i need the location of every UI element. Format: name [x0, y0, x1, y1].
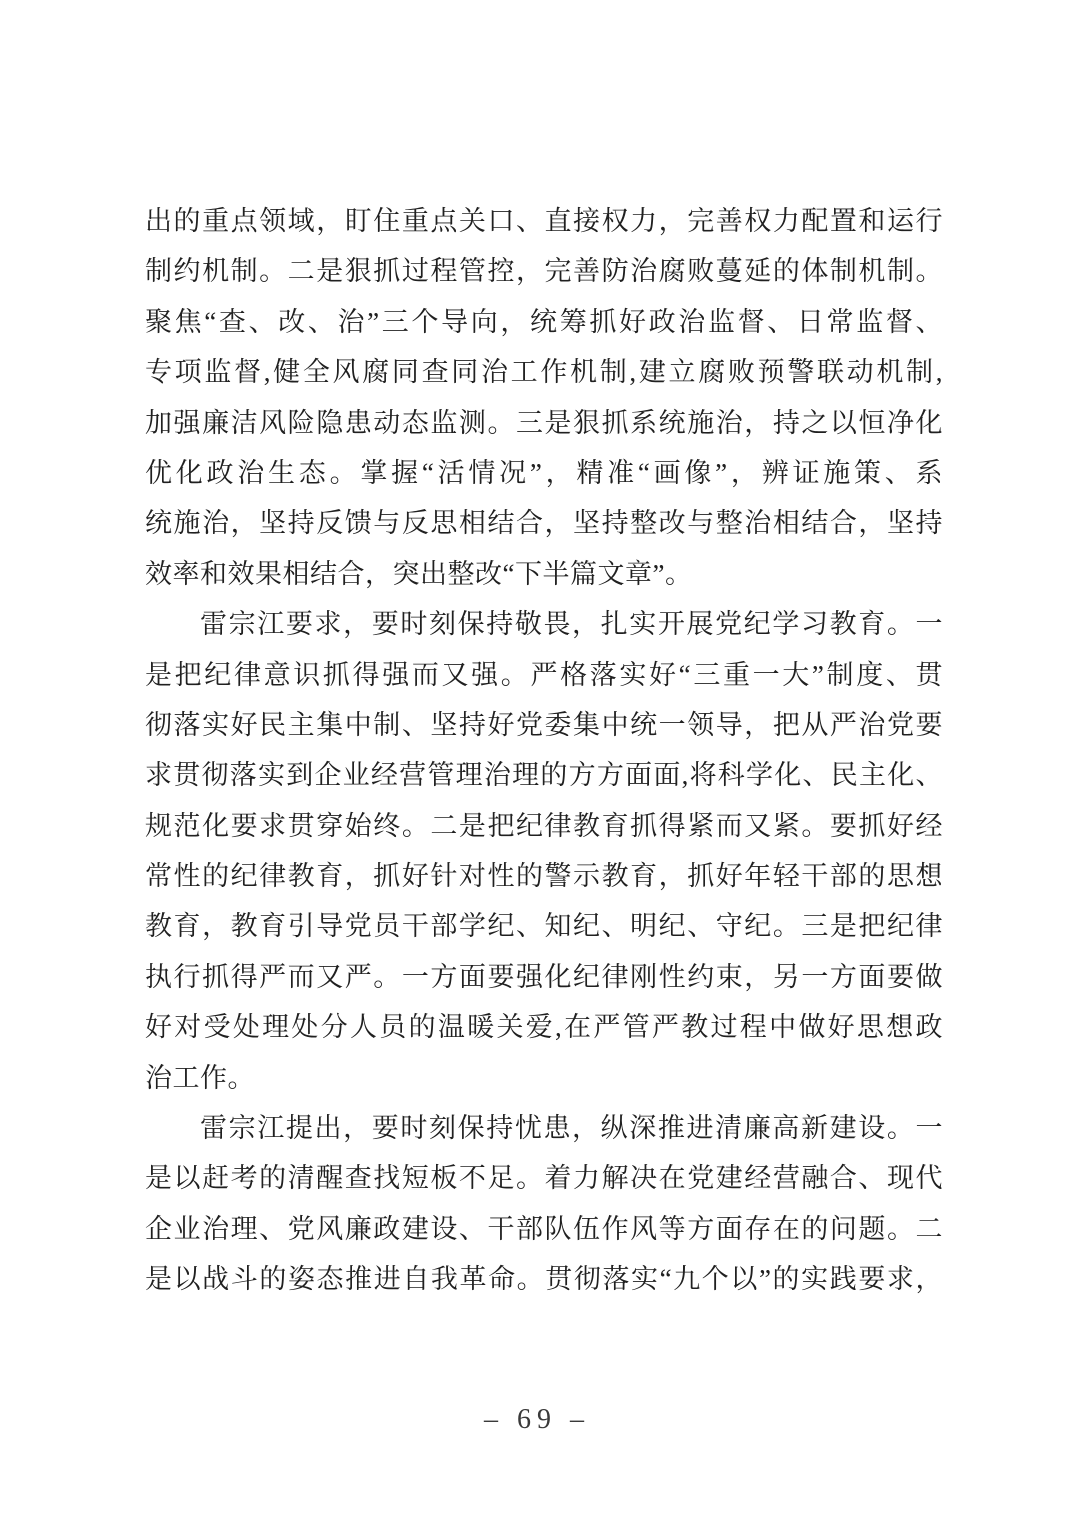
text-line: 是以赶考的清醒查找短板不足。着力解决在党建经营融合、现代 — [145, 1153, 943, 1203]
document-page: 出的重点领域，盯住重点关口、直接权力，完善权力配置和运行 制约机制。二是狠抓过程… — [0, 0, 1074, 1520]
text-line: 加强廉洁风险隐患动态监测。三是狠抓系统施治，持之以恒净化 — [145, 398, 943, 448]
text-line: 规范化要求贯穿始终。二是把纪律教育抓得紧而又紧。要抓好经 — [145, 801, 943, 851]
text-line: 彻落实好民主集中制、坚持好党委集中统一领导，把从严治党要 — [145, 700, 943, 750]
document-body: 出的重点领域，盯住重点关口、直接权力，完善权力配置和运行 制约机制。二是狠抓过程… — [145, 196, 943, 1305]
text-line: 常性的纪律教育，抓好针对性的警示教育，抓好年轻干部的思想 — [145, 851, 943, 901]
text-line: 出的重点领域，盯住重点关口、直接权力，完善权力配置和运行 — [145, 196, 943, 246]
text-line: 治工作。 — [145, 1053, 943, 1103]
paragraph: 出的重点领域，盯住重点关口、直接权力，完善权力配置和运行 制约机制。二是狠抓过程… — [145, 196, 943, 599]
page-number: – 69 – — [0, 1402, 1074, 1438]
text-line: 雷宗江要求，要时刻保持敬畏，扎实开展党纪学习教育。一 — [145, 599, 943, 649]
text-line: 聚焦“查、改、治”三个导向，统筹抓好政治监督、日常监督、 — [145, 297, 943, 347]
text-line: 效率和效果相结合，突出整改“下半篇文章”。 — [145, 549, 943, 599]
text-line: 专项监督,健全风腐同查同治工作机制,建立腐败预警联动机制, — [145, 347, 943, 397]
text-line: 教育，教育引导党员干部学纪、知纪、明纪、守纪。三是把纪律 — [145, 901, 943, 951]
paragraph: 雷宗江提出，要时刻保持忧患，纵深推进清廉高新建设。一 是以赶考的清醒查找短板不足… — [145, 1103, 943, 1305]
text-line: 执行抓得严而又严。一方面要强化纪律刚性约束，另一方面要做 — [145, 952, 943, 1002]
text-line: 求贯彻落实到企业经营管理治理的方方面面,将科学化、民主化、 — [145, 750, 943, 800]
text-line: 优化政治生态。掌握“活情况”，精准“画像”，辨证施策、系 — [145, 448, 943, 498]
text-line: 雷宗江提出，要时刻保持忧患，纵深推进清廉高新建设。一 — [145, 1103, 943, 1153]
text-line: 制约机制。二是狠抓过程管控，完善防治腐败蔓延的体制机制。 — [145, 246, 943, 296]
text-line: 是以战斗的姿态推进自我革命。贯彻落实“九个以”的实践要求， — [145, 1254, 943, 1304]
text-line: 是把纪律意识抓得强而又强。严格落实好“三重一大”制度、贯 — [145, 650, 943, 700]
text-line: 好对受处理处分人员的温暖关爱,在严管严教过程中做好思想政 — [145, 1002, 943, 1052]
text-line: 企业治理、党风廉政建设、干部队伍作风等方面存在的问题。二 — [145, 1204, 943, 1254]
paragraph: 雷宗江要求，要时刻保持敬畏，扎实开展党纪学习教育。一 是把纪律意识抓得强而又强。… — [145, 599, 943, 1103]
text-line: 统施治，坚持反馈与反思相结合，坚持整改与整治相结合，坚持 — [145, 498, 943, 548]
